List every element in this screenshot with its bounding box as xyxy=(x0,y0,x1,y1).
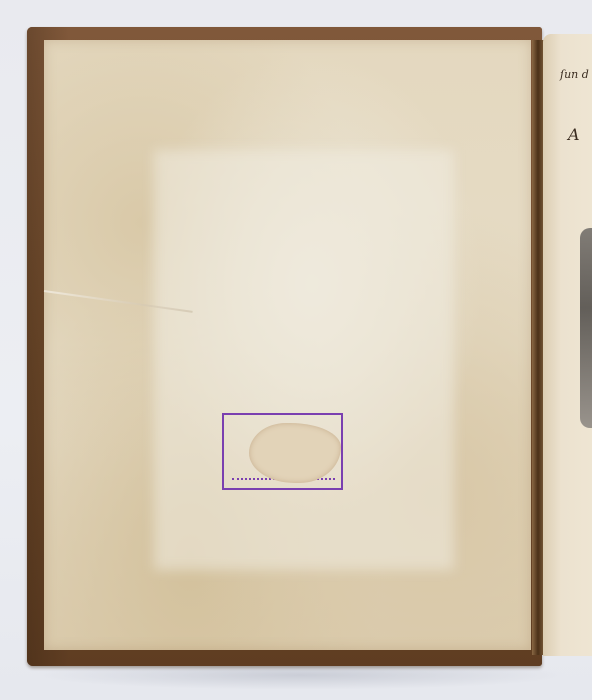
offset-patch xyxy=(154,150,454,570)
engraved-portrait-fragment xyxy=(580,228,592,428)
handwritten-initial: A xyxy=(568,125,580,144)
book-front-cover xyxy=(27,27,542,666)
pastedown-paper xyxy=(44,40,531,650)
handwritten-inscription: ſun d xyxy=(560,68,589,81)
